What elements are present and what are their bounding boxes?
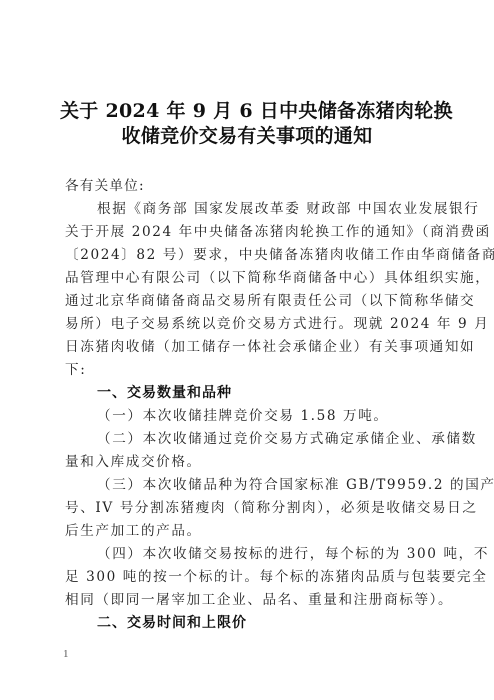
- paragraph-line: 〔2024〕82 号）要求，中央储备冻猪肉收储工作由华商储备商: [65, 244, 429, 267]
- section-heading-2: 二、交易时间和上限价: [65, 612, 429, 635]
- paragraph-line: （四）本次收储交易按标的进行，每个标的为 300 吨，不: [65, 543, 429, 566]
- document-page: 关于 2024 年 9 月 6 日中央储备冻猪肉轮换 收储竞价交易有关事项的通知…: [0, 0, 494, 700]
- paragraph-line: （一）本次收储挂牌竞价交易 1.58 万吨。: [65, 405, 429, 428]
- document-title: 关于 2024 年 9 月 6 日中央储备冻猪肉轮换 收储竞价交易有关事项的通知: [60, 99, 434, 149]
- title-line-1: 关于 2024 年 9 月 6 日中央储备冻猪肉轮换: [60, 99, 434, 124]
- section1-item-3: （三）本次收储品种为符合国家标准 GB/T9959.2 的国产 II 号、IV …: [65, 474, 429, 543]
- paragraph-line: 相同（即同一屠宰加工企业、品名、重量和注册商标等）。: [65, 589, 429, 612]
- paragraph-line: 通过北京华商储备商品交易所有限责任公司（以下简称华储交: [65, 290, 429, 313]
- paragraph-line: 根据《商务部 国家发展改革委 财政部 中国农业发展银行: [65, 198, 429, 221]
- intro-paragraph: 根据《商务部 国家发展改革委 财政部 中国农业发展银行 关于开展 2024 年中…: [65, 198, 429, 382]
- paragraph-line: （二）本次收储通过竞价交易方式确定承储企业、承储数: [65, 428, 429, 451]
- title-line-2: 收储竞价交易有关事项的通知: [60, 124, 434, 149]
- document-body: 各有关单位: 根据《商务部 国家发展改革委 财政部 中国农业发展银行 关于开展 …: [65, 175, 429, 635]
- section-heading-1: 一、交易数量和品种: [65, 382, 429, 405]
- section1-item-4: （四）本次收储交易按标的进行，每个标的为 300 吨，不 足 300 吨的按一个…: [65, 543, 429, 612]
- paragraph-line: （三）本次收储品种为符合国家标准 GB/T9959.2 的国产 II: [65, 474, 429, 497]
- paragraph-line: 量和入库成交价格。: [65, 451, 429, 474]
- section1-item-2: （二）本次收储通过竞价交易方式确定承储企业、承储数 量和入库成交价格。: [65, 428, 429, 474]
- paragraph-line: 足 300 吨的按一个标的计。每个标的冻猪肉品质与包装要完全: [65, 566, 429, 589]
- paragraph-line: 号、IV 号分割冻猪瘦肉（简称分割肉），必须是收储交易日之: [65, 497, 429, 520]
- paragraph-line: 品管理中心有限公司（以下简称华商储备中心）具体组织实施，: [65, 267, 429, 290]
- page-number: 1: [63, 648, 69, 660]
- paragraph-line: 关于开展 2024 年中央储备冻猪肉轮换工作的通知》（商消费函: [65, 221, 429, 244]
- paragraph-line: 后生产加工的产品。: [65, 520, 429, 543]
- paragraph-line: 日冻猪肉收储（加工储存一体社会承储企业）有关事项通知如: [65, 336, 429, 359]
- salutation: 各有关单位:: [65, 175, 429, 198]
- paragraph-line: 易所）电子交易系统以竞价交易方式进行。现就 2024 年 9 月 6: [65, 313, 429, 336]
- section1-item-1: （一）本次收储挂牌竞价交易 1.58 万吨。: [65, 405, 429, 428]
- paragraph-line: 下:: [65, 359, 429, 382]
